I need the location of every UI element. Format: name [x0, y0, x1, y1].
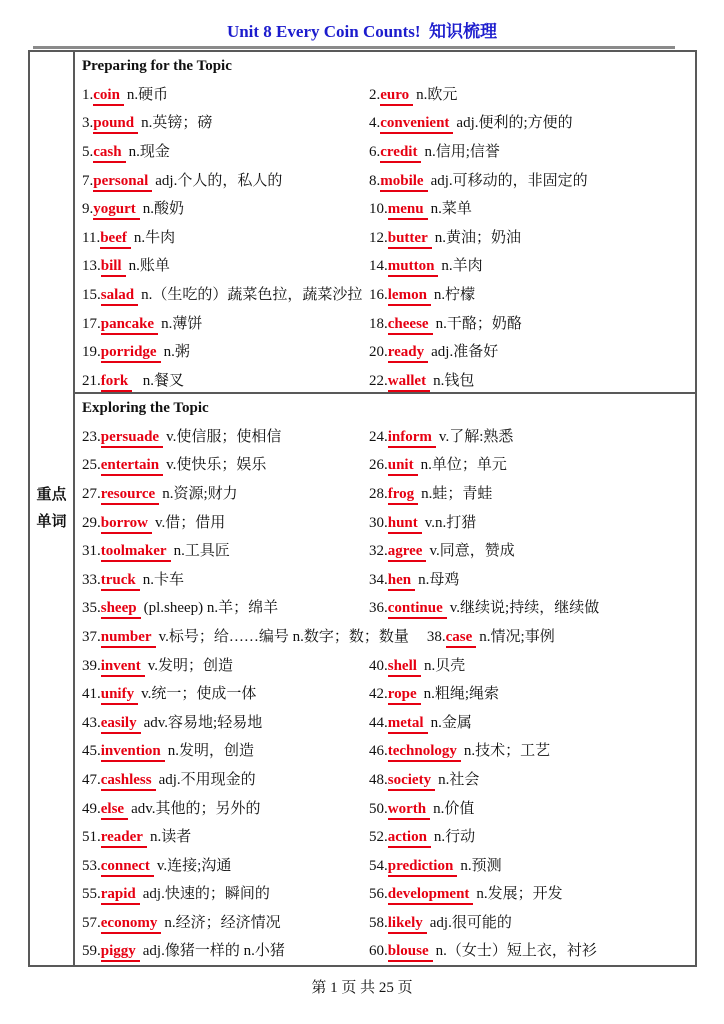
vocab-entry: 47.cashlessadj.不用现金的 [82, 768, 369, 791]
entry-definition: n.发明，创造 [168, 739, 254, 760]
vocab-row: 27.resourcen.资源;财力28.frogn.蛙；青蛙 [75, 479, 695, 508]
entry-word: borrow [101, 515, 152, 534]
entry-number: 28. [369, 486, 388, 503]
entry-number: 3. [82, 115, 93, 132]
entry-word: cheese [388, 316, 433, 335]
entry-definition: n.母鸡 [418, 568, 459, 589]
entry-definition: n.薄饼 [161, 312, 202, 333]
entry-word: butter [388, 230, 432, 249]
entry-word: invention [101, 743, 165, 762]
entry-definition: (pl.sheep) n.羊；绵羊 [144, 596, 279, 617]
entry-definition: adj.快速的；瞬间的 [143, 882, 270, 903]
entry-definition: n.信用;信誉 [424, 140, 499, 161]
vocab-entry: 4.convenientadj.便利的;方便的 [369, 111, 695, 134]
entry-number: 8. [369, 173, 380, 190]
entry-word: wallet [388, 373, 430, 392]
entry-definition: adj.很可能的 [430, 911, 512, 932]
vocab-table: 重点 单词 Preparing for the Topic1.coinn.硬币2… [28, 50, 697, 967]
entry-definition: n.单位；单元 [421, 453, 507, 474]
vocab-entry: 34.henn.母鸡 [369, 568, 695, 591]
entry-word: development [388, 886, 474, 905]
entry-definition: adj.可移动的，非固定的 [431, 169, 588, 190]
vocab-entry: 39.inventv.发明；创造 [82, 654, 369, 677]
entry-definition: n.菜单 [431, 197, 472, 218]
entry-number: 14. [369, 258, 388, 275]
entry-word: beef [100, 230, 131, 249]
entry-number: 31. [82, 543, 101, 560]
vocab-entry: 17.pancaken.薄饼 [82, 312, 369, 335]
entry-definition: n.发展；开发 [476, 882, 562, 903]
entry-number: 50. [369, 801, 388, 818]
vocab-row: 3.poundn.英镑；磅4.convenientadj.便利的;方便的 [75, 109, 695, 138]
entry-definition: n.行动 [434, 825, 475, 846]
vocab-entry: 23.persuadev.使信服；使相信 [82, 425, 369, 448]
vocab-row: 59.piggyadj.像猪一样的 n.小猪60.blousen.（女士）短上衣… [75, 937, 695, 966]
entry-number: 48. [369, 772, 388, 789]
vocab-entry: 51.readern.读者 [82, 825, 369, 848]
entry-definition: n.现金 [129, 140, 170, 161]
entry-number: 27. [82, 486, 101, 503]
entry-word: reader [101, 829, 147, 848]
vocab-row: 41.unifyv.统一；使成一体42.ropen.粗绳;绳索 [75, 679, 695, 708]
entry-definition: n.金属 [431, 711, 472, 732]
entry-number: 20. [369, 344, 388, 361]
vocab-row: 35.sheep(pl.sheep) n.羊；绵羊36.continuev.继续… [75, 594, 695, 623]
entry-definition: adj.个人的，私人的 [155, 169, 282, 190]
entry-number: 54. [369, 858, 388, 875]
entry-number: 33. [82, 572, 101, 589]
vocab-row: 57.economyn.经济；经济情况58.likelyadj.很可能的 [75, 908, 695, 937]
entry-definition: v.同意，赞成 [429, 539, 514, 560]
entry-word: yogurt [93, 201, 140, 220]
entry-number: 59. [82, 943, 101, 960]
entry-definition: n.（女士）短上衣，衬衫 [436, 939, 597, 960]
entry-number: 16. [369, 287, 388, 304]
vocab-row: 47.cashlessadj.不用现金的48.societyn.社会 [75, 765, 695, 794]
entry-number: 23. [82, 429, 101, 446]
entry-definition: n.羊肉 [441, 254, 482, 275]
vocab-entry: 58.likelyadj.很可能的 [369, 911, 695, 934]
entry-definition: v.n.打猎 [425, 511, 477, 532]
entry-definition: n.读者 [150, 825, 191, 846]
entry-word: shell [388, 658, 421, 677]
vocab-entry: 18.cheesen.干酪；奶酪 [369, 312, 695, 335]
entry-word: persuade [101, 429, 163, 448]
vocab-row: 7.personaladj.个人的，私人的8.mobileadj.可移动的，非固… [75, 166, 695, 195]
vocab-entry: 15.saladn.（生吃的）蔬菜色拉，蔬菜沙拉 [82, 283, 369, 306]
entry-definition: adj.便利的;方便的 [456, 111, 572, 132]
entry-definition: v.使快乐；娱乐 [166, 453, 266, 474]
vocab-entry: 52.actionn.行动 [369, 825, 695, 848]
entry-word: entertain [101, 457, 163, 476]
entry-word: case [446, 629, 477, 648]
vocab-entry: 37.numberv.标号；给……编号 n.数字；数；数量 [82, 625, 409, 648]
entry-word: mobile [380, 173, 427, 192]
entry-number: 43. [82, 715, 101, 732]
entry-definition: n.欧元 [416, 83, 457, 104]
entry-word: euro [380, 87, 413, 106]
entry-definition: n.贝壳 [424, 654, 465, 675]
table-content: Preparing for the Topic1.coinn.硬币2.euron… [75, 52, 695, 965]
entry-word: unify [101, 686, 138, 705]
entry-number: 58. [369, 915, 388, 932]
entry-number: 25. [82, 457, 101, 474]
entry-definition: n.账单 [129, 254, 170, 275]
entry-number: 15. [82, 287, 101, 304]
vocab-row: 29.borrowv.借；借用30.huntv.n.打猎 [75, 508, 695, 537]
entry-definition: v.发明；创造 [148, 654, 233, 675]
entry-word: economy [101, 915, 162, 934]
entry-number: 24. [369, 429, 388, 446]
vocab-row: 15.saladn.（生吃的）蔬菜色拉，蔬菜沙拉16.lemonn.柠檬 [75, 280, 695, 309]
entry-word: action [388, 829, 431, 848]
entry-number: 10. [369, 201, 388, 218]
vocab-entry: 33.truckn.卡车 [82, 568, 369, 591]
entry-word: inform [388, 429, 436, 448]
entry-number: 34. [369, 572, 388, 589]
entry-number: 21. [82, 373, 101, 390]
entry-definition: adj.不用现金的 [159, 768, 256, 789]
entry-word: rope [388, 686, 421, 705]
vocab-entry: 16.lemonn.柠檬 [369, 283, 695, 306]
vocab-row: 25.entertainv.使快乐；娱乐26.unitn.单位；单元 [75, 451, 695, 480]
entry-number: 47. [82, 772, 101, 789]
vocab-entry: 32.agreev.同意，赞成 [369, 539, 695, 562]
entry-number: 39. [82, 658, 101, 675]
entry-number: 7. [82, 173, 93, 190]
vocab-row: 23.persuadev.使信服；使相信24.informv.了解:熟悉 [75, 422, 695, 451]
entry-number: 46. [369, 743, 388, 760]
vocab-entry: 5.cashn.现金 [82, 140, 369, 163]
vocab-entry: 54.predictionn.预测 [369, 854, 695, 877]
entry-word: pancake [101, 316, 158, 335]
entry-word: lemon [388, 287, 431, 306]
vocab-entry: 12.buttern.黄油；奶油 [369, 226, 695, 249]
entry-definition: adj.准备好 [431, 340, 498, 361]
entry-word: hunt [388, 515, 422, 534]
vocab-entry: 30.huntv.n.打猎 [369, 511, 695, 534]
entry-word: society [388, 772, 435, 791]
entry-definition: n.牛肉 [134, 226, 175, 247]
entry-word: continue [388, 600, 447, 619]
page-footer: 第 1 页 共 25 页 [0, 976, 724, 997]
entry-word: blouse [388, 943, 433, 962]
entry-definition: n.粥 [164, 340, 190, 361]
vocab-entry: 28.frogn.蛙；青蛙 [369, 482, 695, 505]
entry-definition: v.统一；使成一体 [141, 682, 256, 703]
vocab-entry: 1.coinn.硬币 [82, 83, 369, 106]
entry-definition: v.连接;沟通 [157, 854, 231, 875]
entry-word: fork [101, 373, 133, 392]
vocab-entry: 50.worthn.价值 [369, 797, 695, 820]
entry-word: technology [388, 743, 461, 762]
entry-number: 6. [369, 144, 380, 161]
vocab-entry: 20.readyadj.准备好 [369, 340, 695, 363]
entry-definition: adv.其他的；另外的 [131, 797, 260, 818]
entry-word: pound [93, 115, 138, 134]
vocab-row: 33.truckn.卡车34.henn.母鸡 [75, 565, 695, 594]
entry-definition: n.（生吃的）蔬菜色拉，蔬菜沙拉 [141, 283, 362, 304]
entry-definition: n.社会 [438, 768, 479, 789]
entry-word: metal [388, 715, 428, 734]
entry-number: 29. [82, 515, 101, 532]
entry-definition: n.预测 [460, 854, 501, 875]
vocab-entry: 3.poundn.英镑；磅 [82, 111, 369, 134]
vocab-entry: 14.muttonn.羊肉 [369, 254, 695, 277]
vocab-entry: 11.beefn.牛肉 [82, 226, 369, 249]
vocab-entry: 40.shelln.贝壳 [369, 654, 695, 677]
entry-word: salad [101, 287, 138, 306]
entry-number: 51. [82, 829, 101, 846]
vocab-row: 37.numberv.标号；给……编号 n.数字；数；数量38.casen.情况… [75, 622, 695, 651]
vocab-entry: 44.metaln.金属 [369, 711, 695, 734]
entry-word: else [101, 801, 128, 820]
row-label-cell: 重点 单词 [30, 52, 75, 965]
vocab-row: 21.fork n.餐叉22.walletn.钱包 [75, 366, 695, 395]
entry-word: ready [388, 344, 428, 363]
entry-word: cashless [101, 772, 156, 791]
entry-number: 49. [82, 801, 101, 818]
entry-definition: adv.容易地;轻易地 [144, 711, 263, 732]
vocab-row: 53.connectv.连接;沟通54.predictionn.预测 [75, 851, 695, 880]
vocab-row: 49.elseadv.其他的；另外的50.worthn.价值 [75, 794, 695, 823]
entry-number: 38. [427, 629, 446, 646]
entry-word: bill [101, 258, 126, 277]
vocab-row: 1.coinn.硬币2.euron.欧元 [75, 80, 695, 109]
entry-word: convenient [380, 115, 453, 134]
vocab-entry: 49.elseadv.其他的；另外的 [82, 797, 369, 820]
vocab-entry: 8.mobileadj.可移动的，非固定的 [369, 169, 695, 192]
entry-definition: n.钱包 [433, 369, 474, 390]
entry-definition: n.粗绳;绳索 [424, 682, 499, 703]
vocab-entry: 56.developmentn.发展；开发 [369, 882, 695, 905]
entry-number: 55. [82, 886, 101, 903]
vocab-row: 5.cashn.现金6.creditn.信用;信誉 [75, 137, 695, 166]
vocab-entry: 43.easilyadv.容易地;轻易地 [82, 711, 369, 734]
vocab-entry: 9.yogurtn.酸奶 [82, 197, 369, 220]
vocab-entry: 26.unitn.单位；单元 [369, 453, 695, 476]
entry-number: 32. [369, 543, 388, 560]
entry-word: sheep [101, 600, 141, 619]
entry-definition: n.英镑；磅 [141, 111, 212, 132]
vocab-entry: 42.ropen.粗绳;绳索 [369, 682, 695, 705]
vocab-entry: 25.entertainv.使快乐；娱乐 [82, 453, 369, 476]
entry-number: 56. [369, 886, 388, 903]
entry-definition: n.硬币 [127, 83, 168, 104]
vocab-entry: 22.walletn.钱包 [369, 369, 695, 392]
vocab-entry: 2.euron.欧元 [369, 83, 695, 106]
vocab-entry: 24.informv.了解:熟悉 [369, 425, 695, 448]
vocab-row: 9.yogurtn.酸奶10.menun.菜单 [75, 194, 695, 223]
vocab-row: 17.pancaken.薄饼18.cheesen.干酪；奶酪 [75, 309, 695, 338]
entry-word: mutton [388, 258, 439, 277]
entry-definition: v.了解:熟悉 [439, 425, 513, 446]
entry-word: prediction [388, 858, 458, 877]
entry-definition: n.蛙；青蛙 [421, 482, 492, 503]
entry-definition: n.技术；工艺 [464, 739, 550, 760]
vocab-entry: 35.sheep(pl.sheep) n.羊；绵羊 [82, 596, 369, 619]
document-page: Unit 8 Every Coin Counts! 知识梳理 重点 单词 Pre… [0, 0, 724, 1024]
entry-word: easily [101, 715, 141, 734]
vocab-entry: 7.personaladj.个人的，私人的 [82, 169, 369, 192]
entry-word: cash [93, 144, 125, 163]
entry-number: 2. [369, 87, 380, 104]
entry-number: 1. [82, 87, 93, 104]
entry-word: porridge [101, 344, 161, 363]
vocab-row: 19.porridgen.粥20.readyadj.准备好 [75, 337, 695, 366]
entry-number: 5. [82, 144, 93, 161]
entry-definition: n.餐叉 [135, 369, 184, 390]
entry-number: 52. [369, 829, 388, 846]
entry-word: agree [388, 543, 427, 562]
vocab-entry: 19.porridgen.粥 [82, 340, 369, 363]
vocab-row: 31.toolmakern.工具匠32.agreev.同意，赞成 [75, 536, 695, 565]
entry-word: resource [101, 486, 159, 505]
vocab-entry: 21.fork n.餐叉 [82, 369, 369, 392]
entry-number: 19. [82, 344, 101, 361]
vocab-section: Exploring the Topic23.persuadev.使信服；使相信2… [75, 394, 695, 965]
vocab-entry: 6.creditn.信用;信誉 [369, 140, 695, 163]
entry-definition: n.柠檬 [434, 283, 475, 304]
entry-number: 44. [369, 715, 388, 732]
vocab-entry: 29.borrowv.借；借用 [82, 511, 369, 534]
entry-number: 18. [369, 316, 388, 333]
section-header: Preparing for the Topic [75, 52, 695, 80]
entry-number: 36. [369, 600, 388, 617]
vocab-row: 43.easilyadv.容易地;轻易地44.metaln.金属 [75, 708, 695, 737]
entry-definition: n.工具匠 [174, 539, 230, 560]
entry-number: 60. [369, 943, 388, 960]
entry-number: 22. [369, 373, 388, 390]
entry-word: unit [388, 457, 418, 476]
vocab-entry: 31.toolmakern.工具匠 [82, 539, 369, 562]
vocab-entry: 48.societyn.社会 [369, 768, 695, 791]
vocab-row: 39.inventv.发明；创造40.shelln.贝壳 [75, 651, 695, 680]
entry-word: invent [101, 658, 145, 677]
vocab-entry: 38.casen.情况;事例 [427, 625, 695, 648]
title-rule [33, 46, 675, 49]
entry-word: frog [388, 486, 418, 505]
entry-definition: n.情况;事例 [479, 625, 554, 646]
row-label-line1: 重点 [36, 482, 66, 509]
entry-number: 35. [82, 600, 101, 617]
vocab-entry: 27.resourcen.资源;财力 [82, 482, 369, 505]
entry-number: 12. [369, 230, 388, 247]
entry-definition: n.价值 [433, 797, 474, 818]
entry-definition: v.标号；给……编号 n.数字；数；数量 [159, 625, 409, 646]
row-label-line2: 单词 [36, 509, 66, 536]
entry-number: 40. [369, 658, 388, 675]
vocab-row: 55.rapidadj.快速的；瞬间的56.developmentn.发展；开发 [75, 880, 695, 909]
vocab-entry: 59.piggyadj.像猪一样的 n.小猪 [82, 939, 369, 962]
entry-number: 4. [369, 115, 380, 132]
page-title: Unit 8 Every Coin Counts! 知识梳理 [0, 17, 724, 42]
entry-number: 41. [82, 686, 101, 703]
vocab-entry: 46.technologyn.技术；工艺 [369, 739, 695, 762]
entry-word: hen [388, 572, 415, 591]
entry-definition: n.经济；经济情况 [164, 911, 280, 932]
vocab-entry: 60.blousen.（女士）短上衣，衬衫 [369, 939, 695, 962]
section-header: Exploring the Topic [75, 394, 695, 422]
vocab-row: 11.beefn.牛肉12.buttern.黄油；奶油 [75, 223, 695, 252]
entry-definition: n.干酪；奶酪 [436, 312, 522, 333]
entry-word: menu [388, 201, 428, 220]
entry-number: 37. [82, 629, 101, 646]
entry-word: credit [380, 144, 421, 163]
vocab-row: 13.billn.账单14.muttonn.羊肉 [75, 252, 695, 281]
entry-word: truck [101, 572, 140, 591]
entry-number: 30. [369, 515, 388, 532]
entry-word: worth [388, 801, 430, 820]
vocab-entry: 36.continuev.继续说;持续，继续做 [369, 596, 695, 619]
entry-number: 13. [82, 258, 101, 275]
entry-number: 57. [82, 915, 101, 932]
vocab-entry: 13.billn.账单 [82, 254, 369, 277]
vocab-entry: 10.menun.菜单 [369, 197, 695, 220]
entry-number: 45. [82, 743, 101, 760]
entry-definition: n.卡车 [143, 568, 184, 589]
vocab-section: Preparing for the Topic1.coinn.硬币2.euron… [75, 52, 695, 394]
entry-number: 42. [369, 686, 388, 703]
entry-word: rapid [101, 886, 140, 905]
entry-definition: v.继续说;持续，继续做 [450, 596, 599, 617]
entry-word: coin [93, 87, 124, 106]
entry-number: 17. [82, 316, 101, 333]
entry-word: personal [93, 173, 152, 192]
entry-number: 53. [82, 858, 101, 875]
vocab-row: 51.readern.读者52.actionn.行动 [75, 822, 695, 851]
vocab-entry: 41.unifyv.统一；使成一体 [82, 682, 369, 705]
vocab-row: 45.inventionn.发明，创造46.technologyn.技术；工艺 [75, 737, 695, 766]
vocab-entry: 57.economyn.经济；经济情况 [82, 911, 369, 934]
vocab-entry: 45.inventionn.发明，创造 [82, 739, 369, 762]
entry-number: 9. [82, 201, 93, 218]
vocab-entry: 53.connectv.连接;沟通 [82, 854, 369, 877]
entry-definition: v.使信服；使相信 [166, 425, 281, 446]
entry-word: number [101, 629, 156, 648]
entry-word: connect [101, 858, 154, 877]
entry-word: toolmaker [101, 543, 171, 562]
entry-word: likely [388, 915, 427, 934]
entry-word: piggy [101, 943, 140, 962]
vocab-entry: 55.rapidadj.快速的；瞬间的 [82, 882, 369, 905]
entry-definition: v.借；借用 [155, 511, 225, 532]
entry-number: 11. [82, 230, 100, 247]
entry-definition: n.酸奶 [143, 197, 184, 218]
entry-number: 26. [369, 457, 388, 474]
entry-definition: adj.像猪一样的 n.小猪 [143, 939, 285, 960]
entry-definition: n.黄油；奶油 [435, 226, 521, 247]
entry-definition: n.资源;财力 [162, 482, 237, 503]
